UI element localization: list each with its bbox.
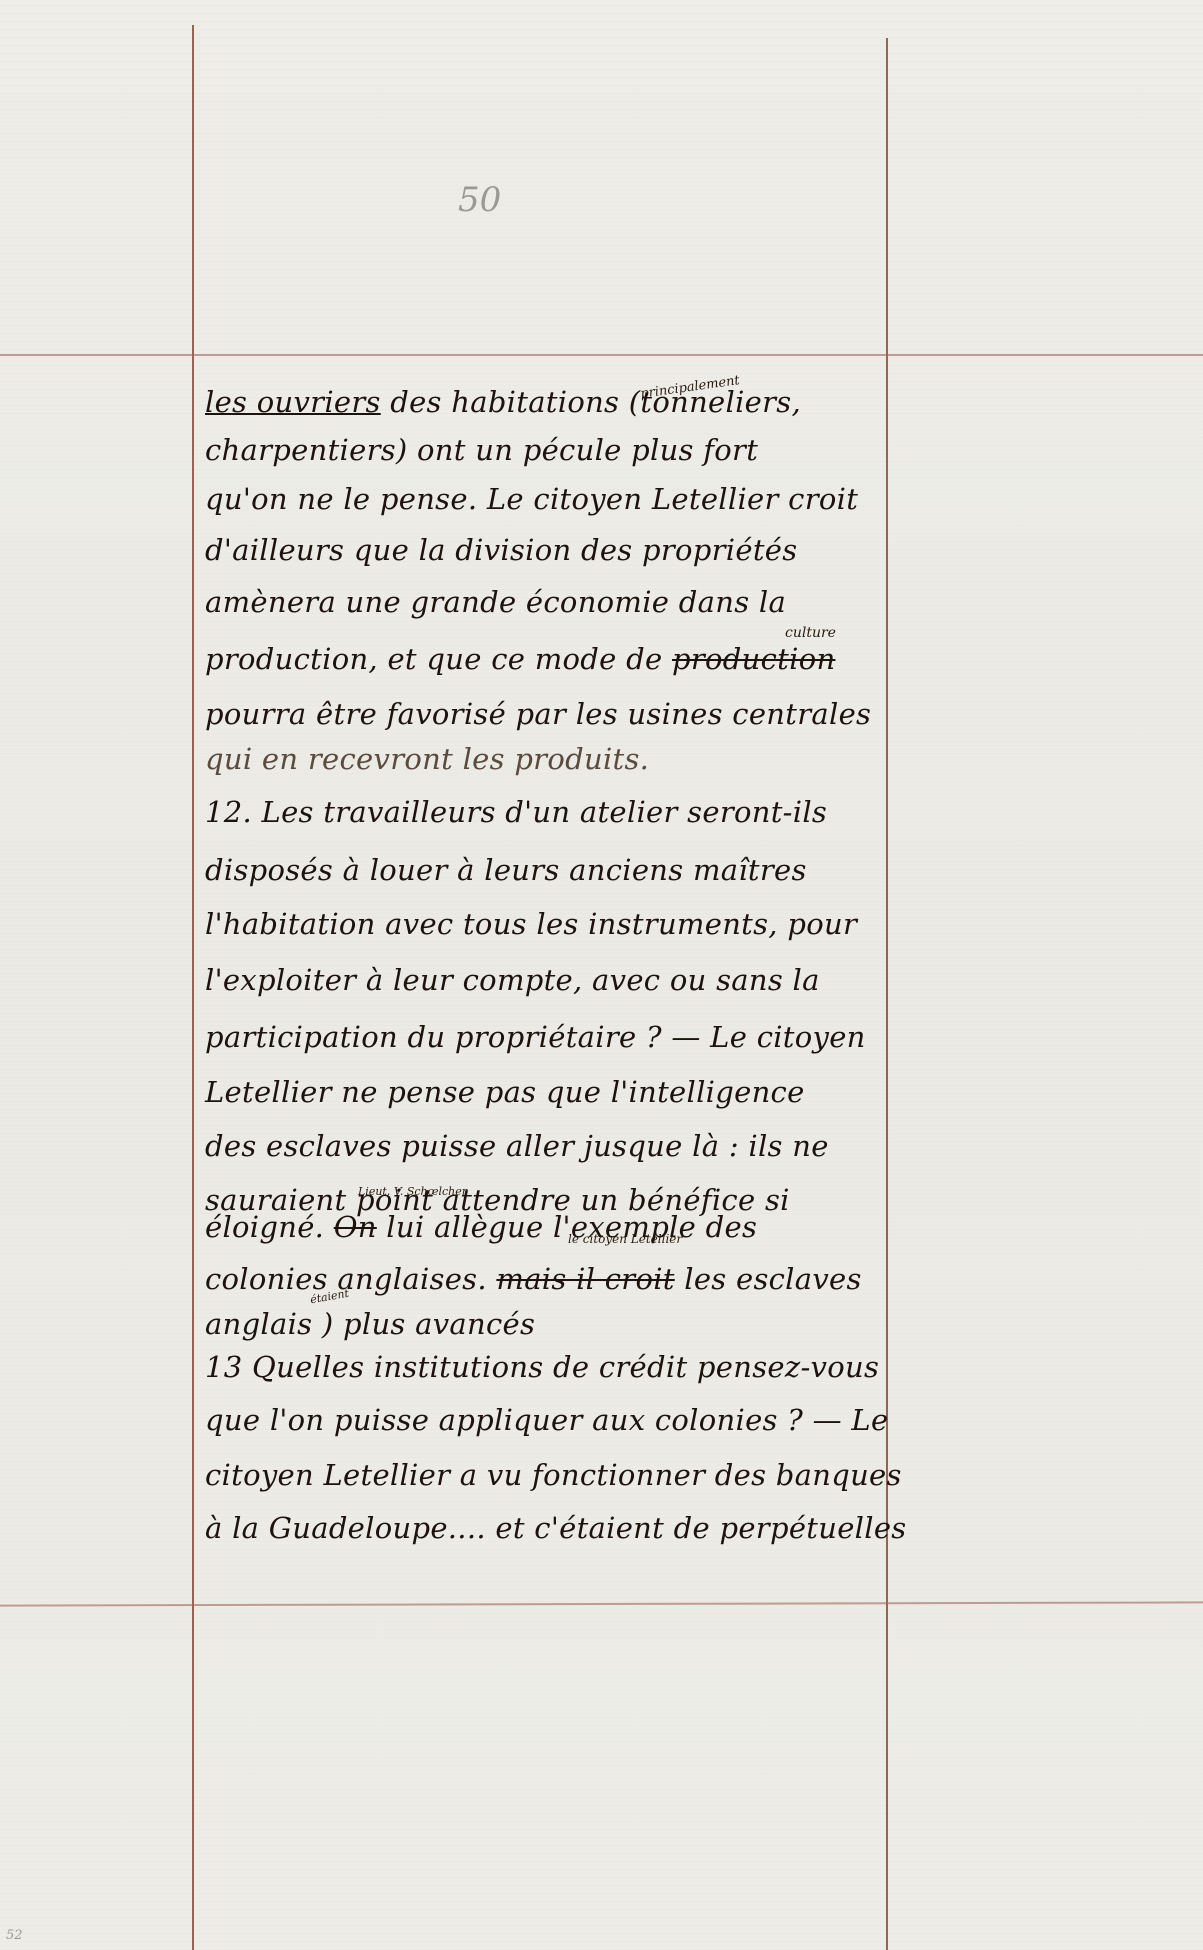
folio-bottom: 52 bbox=[6, 1928, 23, 1943]
text-line: citoyen Letellier a vu fonctionner des b… bbox=[205, 1458, 895, 1492]
text-line: pourra être favorisé par les usines cent… bbox=[205, 697, 895, 731]
text-line: l'habitation avec tous les instruments, … bbox=[205, 907, 895, 941]
text-line: des esclaves puisse aller jusque là : il… bbox=[205, 1129, 895, 1163]
text-line: 13 Quelles institutions de crédit pensez… bbox=[205, 1350, 895, 1384]
text-line: amènera une grande économie dans la bbox=[205, 585, 895, 619]
text-line: colonies anglaises. mais il croit les es… bbox=[205, 1262, 895, 1296]
text-line: 12. Les travailleurs d'un atelier seront… bbox=[205, 795, 895, 829]
struck-text: On bbox=[334, 1210, 377, 1244]
text-line: que l'on puisse appliquer aux colonies ?… bbox=[205, 1403, 895, 1437]
text-line: anglais ) plus avancés bbox=[205, 1307, 895, 1341]
folio-top: 50 bbox=[458, 180, 501, 220]
left-margin-rule bbox=[192, 25, 194, 1950]
struck-text: production bbox=[672, 642, 835, 676]
text-line: qui en recevront les produits. bbox=[205, 742, 895, 776]
top-rule bbox=[0, 354, 1203, 356]
text-line: à la Guadeloupe.... et c'étaient de perp… bbox=[205, 1511, 895, 1545]
underlined-text: les ouvriers bbox=[205, 385, 381, 419]
text-line: charpentiers) ont un pécule plus fort bbox=[205, 433, 895, 467]
struck-text: mais bbox=[496, 1262, 566, 1296]
text-line: d'ailleurs que la division des propriété… bbox=[205, 533, 895, 567]
bottom-rule bbox=[0, 1601, 1203, 1606]
text-line: production, et que ce mode de production bbox=[205, 642, 895, 676]
manuscript-page: 50 52 principalement culture Lieut. V. S… bbox=[0, 0, 1203, 1950]
text-line: qu'on ne le pense. Le citoyen Letellier … bbox=[205, 482, 895, 516]
struck-text: il croit bbox=[567, 1262, 675, 1296]
text-line: l'exploiter à leur compte, avec ou sans … bbox=[205, 963, 895, 997]
text-line: éloigné. On lui allègue l'exemple des bbox=[205, 1210, 895, 1244]
text-line: Letellier ne pense pas que l'intelligenc… bbox=[205, 1075, 895, 1109]
insertion-culture: culture bbox=[785, 625, 836, 641]
text-line: les ouvriers des habitations (tonneliers… bbox=[205, 385, 895, 419]
text-line: disposés à louer à leurs anciens maîtres bbox=[205, 853, 895, 887]
text-line: participation du propriétaire ? — Le cit… bbox=[205, 1020, 895, 1054]
